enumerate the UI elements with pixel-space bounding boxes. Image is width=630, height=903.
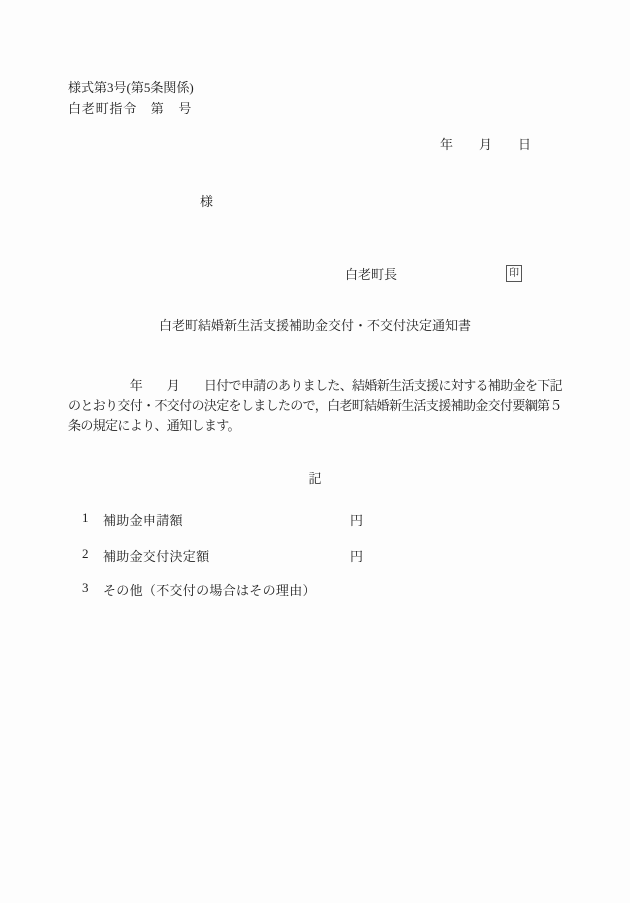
item-unit: 円 [350,546,363,565]
signer-title: 白老町長 [345,267,397,282]
directive-number-line: 白老町指令 第 号 [68,101,192,116]
list-item: 3 その他（不交付の場合はその理由） [68,580,560,596]
seal-box: 印 [506,265,522,282]
list-item: 2 補助金交付決定額 円 [68,546,560,562]
body-line-3: 条の規定により、通知します。 [68,418,560,438]
body-paragraph: 年 月 日付で申請のありました、結婚新生活支援に対する補助金を下記 のとおり交付… [68,378,560,438]
ki-marker: 記 [0,471,630,486]
document-page: 様式第3号(第5条関係) 白老町指令 第 号 年 月 日 様 白老町長 印 白老… [0,0,630,903]
date-blank-line: 年 月 日 [440,137,531,152]
item-number: 2 [82,546,89,562]
body-line-2: のとおり交付・不交付の決定をしましたので，白老町結婚新生活支援補助金交付要綱第５ [68,398,560,418]
item-label: 補助金申請額 [103,510,183,529]
item-number: 1 [82,510,89,526]
addressee-honorific: 様 [200,194,213,209]
item-label: その他（不交付の場合はその理由） [103,580,316,599]
body-line-1: 年 月 日付で申請のありました、結婚新生活支援に対する補助金を下記 [68,378,560,398]
document-title: 白老町結婚新生活支援補助金交付・不交付決定通知書 [0,318,630,333]
list-item: 1 補助金申請額 円 [68,510,560,526]
item-label: 補助金交付決定額 [103,546,209,565]
item-number: 3 [82,580,89,596]
form-number: 様式第3号(第5条関係) [68,80,194,95]
item-unit: 円 [350,510,363,529]
seal-mark: 印 [509,268,519,279]
